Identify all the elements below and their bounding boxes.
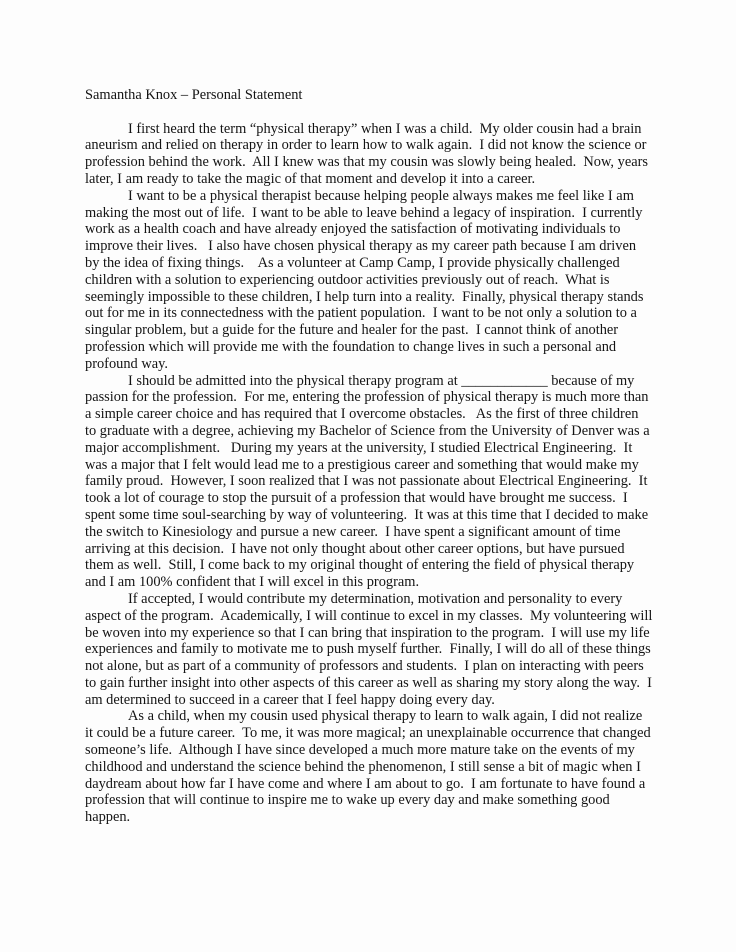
document-title: Samantha Knox – Personal Statement xyxy=(85,87,653,104)
statement-paragraph-qualifications: I should be admitted into the physical t… xyxy=(85,373,653,591)
statement-paragraph-closing: As a child, when my cousin used physical… xyxy=(85,708,653,826)
document-page: Samantha Knox – Personal Statement I fir… xyxy=(0,0,736,952)
personal-statement-body: Samantha Knox – Personal Statement I fir… xyxy=(85,87,653,826)
statement-paragraph-intro: I first heard the term “physical therapy… xyxy=(85,121,653,188)
statement-paragraph-contribution: If accepted, I would contribute my deter… xyxy=(85,591,653,709)
statement-paragraph-motivation: I want to be a physical therapist becaus… xyxy=(85,188,653,373)
